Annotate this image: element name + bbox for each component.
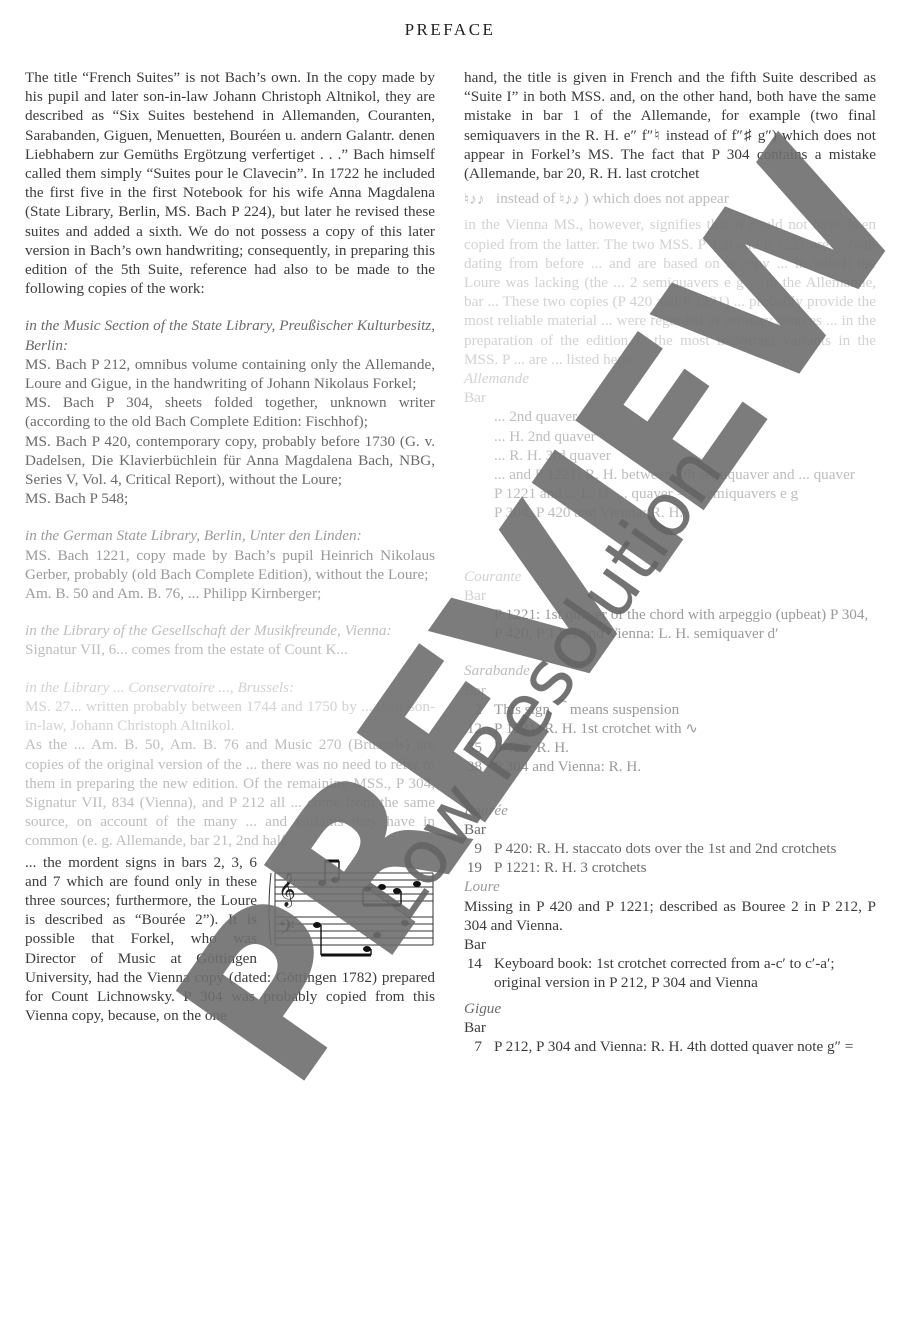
library-item: Signatur VII, 6... comes from the estate… [25, 640, 435, 659]
bar-entry-text: P 1221: 1st quaver of the chord with arp… [494, 605, 876, 643]
music-line-rest: ) which does not appear [584, 190, 729, 207]
music-inline-line: ♮♪♪ instead of ♮♪♪ ) which does not appe… [464, 189, 876, 209]
bar-label: Bar [464, 820, 876, 839]
right-paragraph-2: in the Vienna MS., however, signifies th… [464, 215, 876, 369]
bar-number [464, 484, 494, 503]
library-heading-3: in the Library of the Gesellschaft der M… [25, 621, 435, 640]
bar-entry: ... R. H. 3rd quaver [464, 446, 876, 465]
bar-entry: P 304, P 420 and Vienna: R. H. [464, 503, 876, 522]
bar-entry: 14Keyboard book: 1st crotchet corrected … [464, 954, 876, 992]
bar-entry: ... H. 2nd quaver [464, 427, 876, 446]
left-column: The title “French Suites” is not Bach’s … [25, 68, 435, 1025]
bar-number: 19 [464, 858, 494, 877]
bar-entry-text: P 1221: R. H. 3 crotchets [494, 858, 876, 877]
bar-entry-text: ... 2nd quaver [494, 407, 876, 426]
loure-note: Missing in P 420 and P 1221; described a… [464, 897, 876, 935]
bar-entry: ... and P 1221: R. H. between 8th semiqu… [464, 465, 876, 484]
library-item: MS. Bach P 548; [25, 489, 435, 508]
library-item: MS. Bach 1221, copy made by Bach’s pupil… [25, 546, 435, 584]
loure-entries: 14Keyboard book: 1st crotchet corrected … [464, 954, 876, 992]
bar-entry-text: P 304, P 420 and Vienna: R. H. [494, 503, 876, 522]
bar-number: 7 [464, 1037, 494, 1056]
courante-entries: P 1221: 1st quaver of the chord with arp… [464, 605, 876, 643]
bar-label: Bar [464, 681, 876, 700]
svg-text:𝄞: 𝄞 [278, 872, 296, 908]
svg-text:𝄢: 𝄢 [278, 916, 295, 946]
right-paragraph-1: hand, the title is given in French and t… [464, 68, 876, 183]
music-score-example-icon: 𝄞 𝄢 [267, 853, 435, 961]
bar-number: 9 [464, 839, 494, 858]
bar-number: 35 [464, 738, 494, 757]
bar-entry-text: P 420: R. H. staccato dots over the 1st … [494, 839, 876, 858]
bar-entry-text: P 304 and Vienna: R. H. [494, 757, 876, 776]
bar-entry: 9P 420: R. H. staccato dots over the 1st… [464, 839, 876, 858]
bar-number [464, 427, 494, 446]
library-item: MS. Bach P 304, sheets folded together, … [25, 393, 435, 431]
library-heading-4: in the Library ... Conservatoire ..., Br… [25, 678, 435, 697]
bar-number: 12 [464, 719, 494, 738]
music-notation-icon: ♮♪♪ [559, 190, 580, 209]
bar-entry: 2This sign ⁀ means suspension [464, 700, 876, 719]
bar-number [464, 407, 494, 426]
bar-label: Bar [464, 586, 876, 605]
bar-number [464, 465, 494, 484]
closing-paragraph: As the ... Am. B. 50, Am. B. 76 and Musi… [25, 735, 435, 850]
intro-paragraph: The title “French Suites” is not Bach’s … [25, 68, 435, 298]
bar-entry-text: P 1221: R. H. 1st crotchet with ∿ [494, 719, 876, 738]
bar-entry-text: This sign ⁀ means suspension [494, 700, 876, 719]
right-column: hand, the title is given in French and t… [464, 68, 876, 1056]
bar-entry-text: P 420: R. H. [494, 738, 876, 757]
bar-entry: 38P 304 and Vienna: R. H. [464, 757, 876, 776]
bar-number: 14 [464, 954, 494, 992]
bar-entry: 35P 420: R. H. [464, 738, 876, 757]
bar-label: Bar [464, 388, 876, 407]
section-heading-allemande: Allemande [464, 369, 876, 388]
gigue-entries: 7P 212, P 304 and Vienna: R. H. 4th dott… [464, 1037, 876, 1056]
section-heading-loure: Loure [464, 877, 876, 896]
bar-number [464, 446, 494, 465]
section-heading-sarabande: Sarabande [464, 661, 876, 680]
bar-entry-text: ... and P 1221: R. H. between 8th semiqu… [494, 465, 876, 484]
page-title: PREFACE [0, 20, 900, 40]
library-item: MS. Bach P 212, omnibus volume containin… [25, 355, 435, 393]
bar-label: Bar [464, 1018, 876, 1037]
library-item: Am. B. 50 and Am. B. 76, ... Philipp Kir… [25, 584, 435, 603]
sarabande-entries: 2This sign ⁀ means suspension12P 1221: R… [464, 700, 876, 777]
bar-number: 2 [464, 700, 494, 719]
bar-entry: ... 2nd quaver [464, 407, 876, 426]
allemande-entries: ... 2nd quaver... H. 2nd quaver... R. H.… [464, 407, 876, 522]
library-heading-2: in the German State Library, Berlin, Unt… [25, 526, 435, 545]
bar-entry-text: Keyboard book: 1st crotchet corrected fr… [494, 954, 876, 992]
bar-entry: 12P 1221: R. H. 1st crotchet with ∿ [464, 719, 876, 738]
library-item: MS. Bach P 420, contemporary copy, proba… [25, 432, 435, 490]
bar-entry: P 1221: 1st quaver of the chord with arp… [464, 605, 876, 643]
section-heading-bouree: Bourée [464, 801, 876, 820]
bar-number [464, 503, 494, 522]
section-heading-courante: Courante [464, 567, 876, 586]
bar-label: Bar [464, 935, 876, 954]
bar-entry-text: P 1221 and ... L. H. ... quaver = 2 semi… [494, 484, 876, 503]
bar-number: 38 [464, 757, 494, 776]
bar-number [464, 605, 494, 643]
section-heading-gigue: Gigue [464, 999, 876, 1018]
bar-entry: P 1221 and ... L. H. ... quaver = 2 semi… [464, 484, 876, 503]
bar-entry-text: ... H. 2nd quaver [494, 427, 876, 446]
bar-entry-text: ... R. H. 3rd quaver [494, 446, 876, 465]
music-notation-icon: ♮♪♪ [464, 190, 485, 209]
instead-of-label: instead of [496, 190, 555, 207]
library-item: MS. 27... written probably between 1744 … [25, 697, 435, 735]
library-heading-1: in the Music Section of the State Librar… [25, 316, 435, 354]
bar-entry: 7P 212, P 304 and Vienna: R. H. 4th dott… [464, 1037, 876, 1056]
bar-entry: 19P 1221: R. H. 3 crotchets [464, 858, 876, 877]
bar-entry-text: P 212, P 304 and Vienna: R. H. 4th dotte… [494, 1037, 876, 1056]
bouree-entries: 9P 420: R. H. staccato dots over the 1st… [464, 839, 876, 877]
